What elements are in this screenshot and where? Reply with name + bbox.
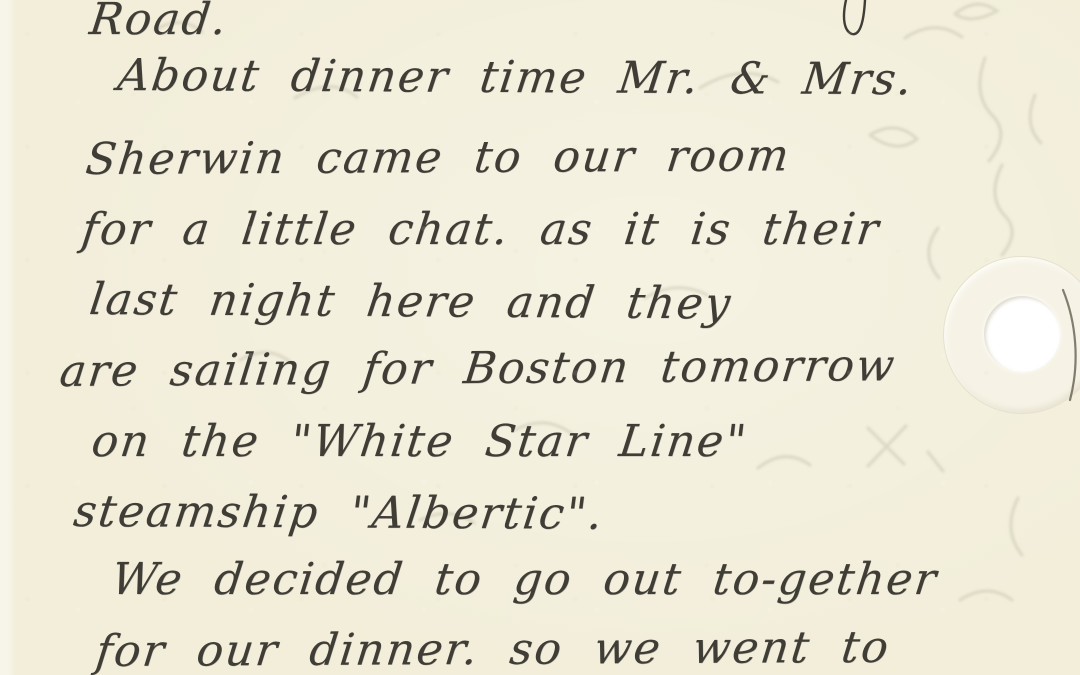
hole-punch (944, 257, 1080, 413)
hole-reinforcement-ring (944, 257, 1080, 413)
handwritten-line-8: steamship "Albertic". (71, 490, 607, 537)
handwritten-line-9: We decided to go out to-gether (109, 558, 940, 602)
handwritten-line-3: Sherwin came to our room (83, 134, 793, 182)
handwritten-line-5: last night here and they (87, 278, 734, 326)
letter-page: Road. About dinner time Mr. & Mrs. Sherw… (0, 0, 1080, 675)
handwritten-line-6: are sailing for Boston tomorrow (57, 344, 898, 394)
handwritten-line-4: for a little chat. as it is their (79, 208, 882, 252)
punched-hole (984, 296, 1060, 372)
handwritten-line-10: for our dinner. so we went to (93, 626, 892, 674)
handwritten-line-7: on the "White Star Line" (89, 420, 750, 464)
handwritten-line-2: About dinner time Mr. & Mrs. (115, 54, 916, 102)
handwritten-line-1: Road. (87, 0, 230, 42)
